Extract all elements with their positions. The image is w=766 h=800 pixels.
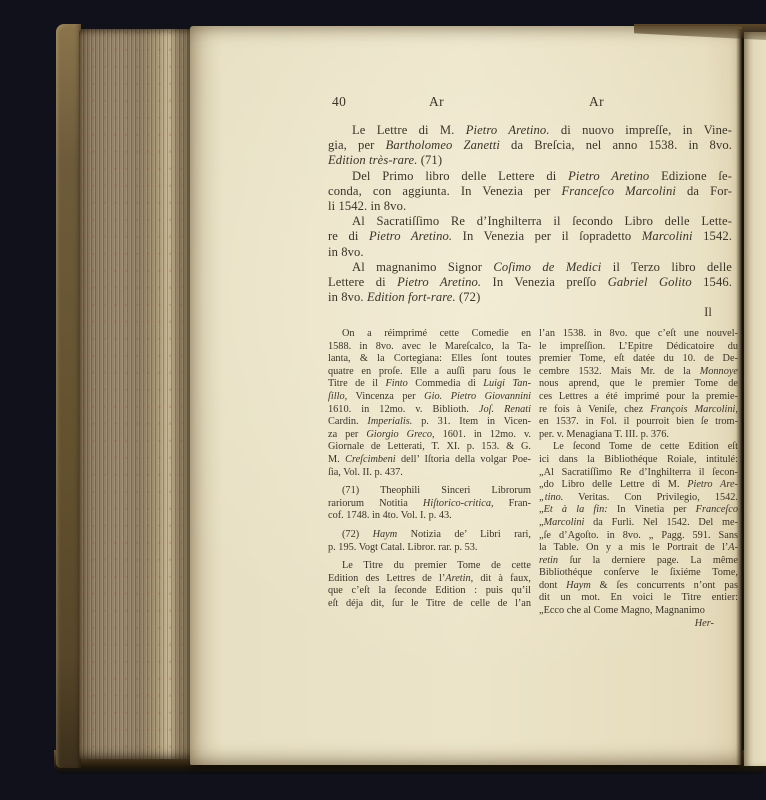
text-segment: rariorum Notitia (328, 498, 423, 509)
text-segment: In Vinetia per (608, 504, 696, 515)
text-segment: Notizia de’ Libri rari, (397, 529, 531, 540)
footnote-column-right: l’an 1538. in 8vo. que c’eſt une nouvel-… (539, 328, 738, 630)
text-line: retin ſur la derniere page. La même (539, 555, 738, 568)
running-title-right: Ar (589, 94, 604, 110)
italic-text-segment: Marcolini (642, 229, 693, 243)
text-line: za per Giorgio Greco, 1601. in 12mo. v. (328, 429, 531, 442)
paragraph: Le ſecond Tome de cette Edition eſtici d… (539, 441, 738, 617)
text-segment: , Vincenza per (345, 391, 425, 402)
text-line: Al Sacratiſſimo Re d’Inghilterra il ſeco… (328, 214, 732, 229)
italic-text-segment: Franceſco (696, 504, 738, 515)
text-segment: In Venezia per il ſopradetto (452, 229, 642, 243)
italic-text-segment: Pietro Aretino. (369, 229, 452, 243)
text-line: premier Tome, eſt datée du 10. de De- (539, 353, 738, 366)
text-line: (72) Haym Notizia de’ Libri rari, (328, 529, 531, 542)
italic-text-segment: Gio. Pietro Giovannini (424, 391, 531, 402)
text-segment: 1546. (692, 275, 732, 289)
page-number: 40 (332, 94, 346, 110)
text-line: „tino. Veritas. Con Privilegio, 1542. (539, 492, 738, 505)
text-segment: ces Lettres a été imprimé pour la premie… (539, 391, 738, 402)
paragraph: (71) Theophili Sinceri Librorumrariorum … (328, 485, 531, 523)
main-text-block: Le Lettre di M. Pietro Aretino. di nuovo… (328, 123, 732, 320)
text-segment: Le ſecond Tome de cette Edition eſt (553, 441, 738, 452)
text-line: „Al Sacratiſſimo Re d’Inghilterra il ſec… (539, 467, 738, 480)
text-segment: (72) (342, 529, 373, 540)
text-segment: cof. 1748. in 4to. Vol. I. p. 43. (328, 510, 452, 521)
text-segment: On a réimprimé cette Comedie en (342, 328, 531, 339)
text-segment: da For- (676, 184, 732, 198)
text-segment: conda, con aggiunta. In Venezia per (328, 184, 561, 198)
italic-text-segment: Bartholomeo Zanetti (386, 138, 500, 152)
italic-text-segment: Haym (566, 580, 591, 591)
italic-text-segment: Imperialis. (367, 416, 412, 427)
italic-text-segment: Hiſtorico-critica (423, 498, 491, 509)
text-segment: da Furli. Nel 1542. Del me- (584, 517, 738, 528)
text-segment: Giornale de Letterati, T. XI. p. 153. & … (328, 441, 531, 452)
text-segment: lanta, & la Cortegiana: Elles ſont toute… (328, 353, 531, 364)
text-line: cof. 1748. in 4to. Vol. I. p. 43. (328, 510, 531, 523)
text-line: in 8vo. (328, 245, 732, 260)
text-line: nous aprend, que le premier Tome de (539, 378, 738, 391)
italic-text-segment: Edition très-rare. (328, 153, 417, 167)
text-segment: Del Primo libro delle Lettere di (352, 169, 568, 183)
signature-mark: Il (328, 305, 732, 320)
book-cover-edge (56, 24, 81, 768)
text-segment: za per (328, 429, 366, 440)
text-line: „ſe d’Agoſto. in 8vo. „ Pagg. 591. Sans (539, 530, 738, 543)
text-line: re di Pietro Aretino. In Venezia per il … (328, 229, 732, 244)
running-title-left: Ar (429, 94, 444, 110)
text-line: „Marcolini da Furli. Nel 1542. Del me- (539, 517, 738, 530)
text-line: conda, con aggiunta. In Venezia per Fran… (328, 184, 732, 199)
book-page: 40 Ar Ar Le Lettre di M. Pietro Aretino.… (190, 26, 742, 765)
text-line: Del Primo libro delle Lettere di Pietro … (328, 169, 732, 184)
text-line: in 8vo. Edition fort-rare. (72) (328, 290, 732, 305)
paragraph: Le Titre du premier Tome de cetteEdition… (328, 560, 531, 610)
text-segment: in 8vo. (328, 245, 364, 259)
facing-page-sliver (744, 32, 766, 766)
text-segment: dit un mot. En voici le Titre entier: (539, 592, 738, 603)
page-fore-edge (79, 29, 191, 759)
text-line: lanta, & la Cortegiana: Elles ſont toute… (328, 353, 531, 366)
italic-text-segment: Joſ. Renati (479, 404, 531, 415)
text-segment: Al Sacratiſſimo Re d’Inghilterra il ſeco… (352, 214, 732, 228)
text-segment: ſur la derniere page. La même (558, 555, 738, 566)
paragraph: Al magnanimo Signor Coſimo de Medici il … (328, 260, 732, 306)
text-line: cembre 1532. Mais Mr. de la Monnoye (539, 366, 738, 379)
text-segment: , dit à faux, (471, 573, 531, 584)
text-segment: l’an 1538. in 8vo. que c’eſt une nouvel- (539, 328, 738, 339)
text-line: Edition très-rare. (71) (328, 153, 732, 168)
text-segment: 1610. in 12mo. v. Biblioth. (328, 404, 479, 415)
text-segment: per. v. Menagiana T. III. p. 376. (539, 429, 669, 440)
italic-text-segment: Aretin (445, 573, 470, 584)
text-line: l’an 1538. in 8vo. que c’eſt une nouvel- (539, 328, 738, 341)
italic-text-segment: Haym (373, 529, 398, 540)
text-segment: „Ecco che al Come Magno, Magnanimo (539, 605, 705, 616)
text-segment: , Fran- (491, 498, 531, 509)
text-line: Edition des Lettres de l’Aretin, dit à f… (328, 573, 531, 586)
main-paragraphs: Le Lettre di M. Pietro Aretino. di nuovo… (328, 123, 732, 305)
text-line: (71) Theophili Sinceri Librorum (328, 485, 531, 498)
footnote-column-left: On a réimprimé cette Comedie en1588. in … (328, 328, 531, 630)
text-line: Bibliothéque conſerve le ſixiéme Tome, (539, 567, 738, 580)
text-line: On a réimprimé cette Comedie en (328, 328, 531, 341)
text-line: p. 195. Vogt Catal. Libror. rar. p. 53. (328, 542, 531, 555)
italic-text-segment: Monnoye (700, 366, 738, 377)
paragraph: Le Lettre di M. Pietro Aretino. di nuovo… (328, 123, 732, 169)
text-line: Giornale de Letterati, T. XI. p. 153. & … (328, 441, 531, 454)
text-segment: Titre de il (328, 378, 385, 389)
text-line: ici dans la Bibliothéque Roiale, intitul… (539, 454, 738, 467)
footnotes-section: On a réimprimé cette Comedie en1588. in … (328, 328, 738, 630)
italic-text-segment: Et à la fin: (544, 504, 608, 515)
text-segment: Veritas. Con Privilegio, 1542. (563, 492, 738, 503)
text-segment: in 8vo. (328, 290, 367, 304)
text-segment: re fois à Veniſe, chez (539, 404, 650, 415)
text-segment: la Table. On y a mis le Portrait de l’ (539, 542, 728, 553)
italic-text-segment: Pietro Aretino (568, 169, 649, 183)
text-segment: quatre en proſe. Elle a auſſi paru ſous … (328, 366, 531, 377)
text-segment: Lettere di (328, 275, 397, 289)
text-segment: p. 195. Vogt Catal. Libror. rar. p. 53. (328, 542, 478, 553)
paragraph: l’an 1538. in 8vo. que c’eſt une nouvel-… (539, 328, 738, 441)
text-segment: Le Lettre di M. (352, 123, 466, 137)
text-segment: il Terzo libro delle (601, 260, 732, 274)
italic-text-segment: „tino. (539, 492, 563, 503)
text-line: gia, per Bartholomeo Zanetti da Breſcia,… (328, 138, 732, 153)
text-line: quatre en proſe. Elle a auſſi paru ſous … (328, 366, 531, 379)
text-segment: da Breſcia, nel anno 1538. in 8vo. (500, 138, 732, 152)
text-line: rariorum Notitia Hiſtorico-critica, Fran… (328, 498, 531, 511)
italic-text-segment: François Marcolini (650, 404, 735, 415)
text-segment: (71) (417, 153, 442, 167)
text-line: en 1537. in Fol. il pourroit bien ſe tro… (539, 416, 738, 429)
paragraph: On a réimprimé cette Comedie en1588. in … (328, 328, 531, 479)
text-line: Lettere di Pietro Aretino. In Venezia pr… (328, 275, 732, 290)
text-segment: ici dans la Bibliothéque Roiale, intitul… (539, 454, 738, 465)
italic-text-segment: Gabriel Golito (608, 275, 692, 289)
italic-text-segment: Giorgio Greco (366, 429, 432, 440)
text-segment: di nuovo impreſſe, in Vine- (550, 123, 732, 137)
text-segment: premier Tome, eſt datée du 10. de De- (539, 353, 738, 364)
italic-text-segment: Pietro Aretino. (466, 123, 550, 137)
text-line: Le Lettre di M. Pietro Aretino. di nuovo… (328, 123, 732, 138)
text-line: 1610. in 12mo. v. Biblioth. Joſ. Renati (328, 404, 531, 417)
text-segment: (71) Theophili Sinceri Librorum (342, 485, 531, 496)
italic-text-segment: Franceſco Marcolini (561, 184, 676, 198)
text-segment: le impreſſion. L’Epitre Dédicatoire du (539, 341, 738, 352)
text-line: „Ecco che al Come Magno, Magnanimo (539, 605, 738, 618)
text-line: ſia, Vol. II. p. 437. (328, 467, 531, 480)
text-segment: 1542. (693, 229, 732, 243)
text-segment: Commedia di (408, 378, 484, 389)
text-segment: p. 31. Item in Vicen- (412, 416, 531, 427)
text-segment: li 1542. in 8vo. (328, 199, 406, 213)
text-segment: Cardin. (328, 416, 367, 427)
text-line: ſillo, Vincenza per Gio. Pietro Giovanni… (328, 391, 531, 404)
text-line: Titre de il Finto Commedia di Luigi Tan- (328, 378, 531, 391)
paragraph: (72) Haym Notizia de’ Libri rari,p. 195.… (328, 529, 531, 554)
text-segment: Edizione ſe- (649, 169, 732, 183)
text-segment: „do Libro delle Lettre di M. (539, 479, 687, 490)
italic-text-segment: Luigi Tan- (483, 378, 531, 389)
italic-text-segment: Pietro Aretino. (397, 275, 481, 289)
text-segment: eſt déja dit, ſur le Titre de celle de l… (328, 598, 531, 609)
text-segment: que c’eſt la ſeconde Edition : puis qu’i… (328, 585, 531, 596)
text-segment: , 1601. in 12mo. v. (432, 429, 531, 440)
italic-text-segment: Marcolini (544, 517, 585, 528)
text-line: Cardin. Imperialis. p. 31. Item in Vicen… (328, 416, 531, 429)
text-line: 1588. in 8vo. avec le Mareſcalco, la Ta- (328, 341, 531, 354)
catchword: Her- (539, 618, 738, 631)
footnote-right-paragraphs: l’an 1538. in 8vo. que c’eſt une nouvel-… (539, 328, 738, 618)
text-line: Al magnanimo Signor Coſimo de Medici il … (328, 260, 732, 275)
text-segment: Le Titre du premier Tome de cette (342, 560, 531, 571)
text-line: re fois à Veniſe, chez François Marcolin… (539, 404, 738, 417)
text-segment: cembre 1532. Mais Mr. de la (539, 366, 700, 377)
text-line: le impreſſion. L’Epitre Dédicatoire du (539, 341, 738, 354)
italic-text-segment: Pietro Are- (687, 479, 738, 490)
text-line: „do Libro delle Lettre di M. Pietro Are- (539, 479, 738, 492)
text-line: dont Haym & ſes concurrents n’ont pas (539, 580, 738, 593)
text-segment: gia, per (328, 138, 386, 152)
paragraph: Del Primo libro delle Lettere di Pietro … (328, 169, 732, 215)
text-line: per. v. Menagiana T. III. p. 376. (539, 429, 738, 442)
text-segment: „Al Sacratiſſimo Re d’Inghilterra il ſec… (539, 467, 738, 478)
text-line: „Et à la fin: In Vinetia per Franceſco (539, 504, 738, 517)
text-segment: Al magnanimo Signor (352, 260, 493, 274)
text-segment: & ſes concurrents n’ont pas (591, 580, 738, 591)
text-line: Le ſecond Tome de cette Edition eſt (539, 441, 738, 454)
text-segment: Edition des Lettres de l’ (328, 573, 445, 584)
text-line: Le Titre du premier Tome de cette (328, 560, 531, 573)
text-segment: dont (539, 580, 566, 591)
text-segment: nous aprend, que le premier Tome de (539, 378, 738, 389)
book-photograph: 40 Ar Ar Le Lettre di M. Pietro Aretino.… (0, 0, 766, 800)
italic-text-segment: Coſimo de Medici (493, 260, 601, 274)
text-line: eſt déja dit, ſur le Titre de celle de l… (328, 598, 531, 611)
text-segment: en 1537. in Fol. il pourroit bien ſe tro… (539, 416, 738, 427)
italic-text-segment: ſillo (328, 391, 345, 402)
text-segment: Bibliothéque conſerve le ſixiéme Tome, (539, 567, 738, 578)
text-line: M. Creſcimbeni dell’ Iſtoria della volga… (328, 454, 531, 467)
text-line: la Table. On y a mis le Portrait de l’A- (539, 542, 738, 555)
italic-text-segment: retin (539, 555, 558, 566)
text-segment: In Venezia preſſo (481, 275, 608, 289)
text-line: que c’eſt la ſeconde Edition : puis qu’i… (328, 585, 531, 598)
text-line: dit un mot. En voici le Titre entier: (539, 592, 738, 605)
text-segment: „ſe d’Agoſto. in 8vo. „ Pagg. 591. Sans (539, 530, 738, 541)
paragraph: Al Sacratiſſimo Re d’Inghilterra il ſeco… (328, 214, 732, 260)
italic-text-segment: Finto (385, 378, 407, 389)
text-segment: ſia, Vol. II. p. 437. (328, 467, 403, 478)
italic-text-segment: Edition fort-rare. (367, 290, 456, 304)
text-segment: re di (328, 229, 369, 243)
text-segment: M. (328, 454, 345, 465)
text-line: ces Lettres a été imprimé pour la premie… (539, 391, 738, 404)
text-segment: dell’ Iſtoria della volgar Poe- (396, 454, 531, 465)
text-segment: (72) (456, 290, 481, 304)
text-segment: 1588. in 8vo. avec le Mareſcalco, la Ta- (328, 341, 531, 352)
text-line: li 1542. in 8vo. (328, 199, 732, 214)
page-header: 40 Ar Ar (190, 94, 742, 112)
italic-text-segment: Creſcimbeni (345, 454, 396, 465)
